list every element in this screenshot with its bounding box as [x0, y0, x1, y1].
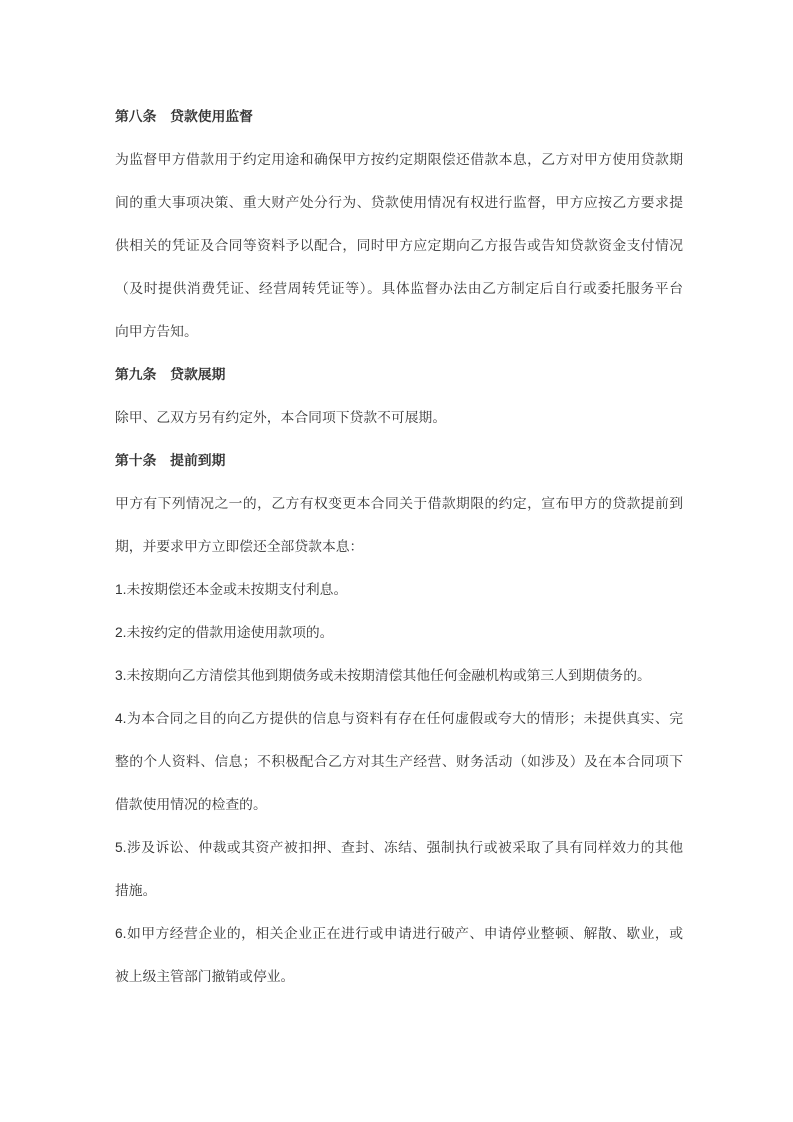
text-line: 供相关的凭证及合同等资料予以配合，同时甲方应定期向乙方报告或告知贷款资金支付情况 [115, 224, 683, 267]
text-line: 1.未按期偿还本金或未按期支付利息。 [115, 568, 683, 611]
section-heading: 第十条 提前到期 [115, 439, 683, 482]
paragraph: 为监督甲方借款用于约定用途和确保甲方按约定期限偿还借款本息，乙方对甲方使用贷款期… [115, 138, 683, 353]
text-line: 向甲方告知。 [115, 310, 683, 353]
paragraph: 1.未按期偿还本金或未按期支付利息。 [115, 568, 683, 611]
text-line: 借款使用情况的检查的。 [115, 783, 683, 826]
text-line: 整的个人资料、信息；不积极配合乙方对其生产经营、财务活动（如涉及）及在本合同项下 [115, 740, 683, 783]
text-line: 6.如甲方经营企业的，相关企业正在进行或申请进行破产、申请停业整顿、解散、歇业，… [115, 912, 683, 955]
paragraph: 甲方有下列情况之一的，乙方有权变更本合同关于借款期限的约定，宣布甲方的贷款提前到… [115, 482, 683, 568]
paragraph: 除甲、乙双方另有约定外，本合同项下贷款不可展期。 [115, 396, 683, 439]
paragraph: 5.涉及诉讼、仲裁或其资产被扣押、查封、冻结、强制执行或被采取了具有同样效力的其… [115, 826, 683, 912]
text-line: 5.涉及诉讼、仲裁或其资产被扣押、查封、冻结、强制执行或被采取了具有同样效力的其… [115, 826, 683, 869]
paragraph: 2.未按约定的借款用途使用款项的。 [115, 611, 683, 654]
text-line: 为监督甲方借款用于约定用途和确保甲方按约定期限偿还借款本息，乙方对甲方使用贷款期 [115, 138, 683, 181]
text-line: 间的重大事项决策、重大财产处分行为、贷款使用情况有权进行监督，甲方应按乙方要求提 [115, 181, 683, 224]
text-line: 除甲、乙双方另有约定外，本合同项下贷款不可展期。 [115, 396, 683, 439]
text-line: 期，并要求甲方立即偿还全部贷款本息： [115, 525, 683, 568]
text-line: 2.未按约定的借款用途使用款项的。 [115, 611, 683, 654]
text-line: 被上级主管部门撤销或停业。 [115, 955, 683, 998]
text-line: （及时提供消费凭证、经营周转凭证等）。具体监督办法由乙方制定后自行或委托服务平台 [115, 267, 683, 310]
section-heading: 第八条 贷款使用监督 [115, 95, 683, 138]
section-heading: 第九条 贷款展期 [115, 353, 683, 396]
paragraph: 4.为本合同之目的向乙方提供的信息与资料有存在任何虚假或夸大的情形；未提供真实、… [115, 697, 683, 826]
paragraph: 3.未按期向乙方清偿其他到期债务或未按期清偿其他任何金融机构或第三人到期债务的。 [115, 654, 683, 697]
paragraph: 6.如甲方经营企业的，相关企业正在进行或申请进行破产、申请停业整顿、解散、歇业，… [115, 912, 683, 998]
text-line: 措施。 [115, 869, 683, 912]
contract-text: 第八条 贷款使用监督为监督甲方借款用于约定用途和确保甲方按约定期限偿还借款本息，… [115, 95, 683, 998]
text-line: 甲方有下列情况之一的，乙方有权变更本合同关于借款期限的约定，宣布甲方的贷款提前到 [115, 482, 683, 525]
text-line: 4.为本合同之目的向乙方提供的信息与资料有存在任何虚假或夸大的情形；未提供真实、… [115, 697, 683, 740]
text-line: 3.未按期向乙方清偿其他到期债务或未按期清偿其他任何金融机构或第三人到期债务的。 [115, 654, 683, 697]
document-page: 第八条 贷款使用监督为监督甲方借款用于约定用途和确保甲方按约定期限偿还借款本息，… [0, 0, 793, 1122]
